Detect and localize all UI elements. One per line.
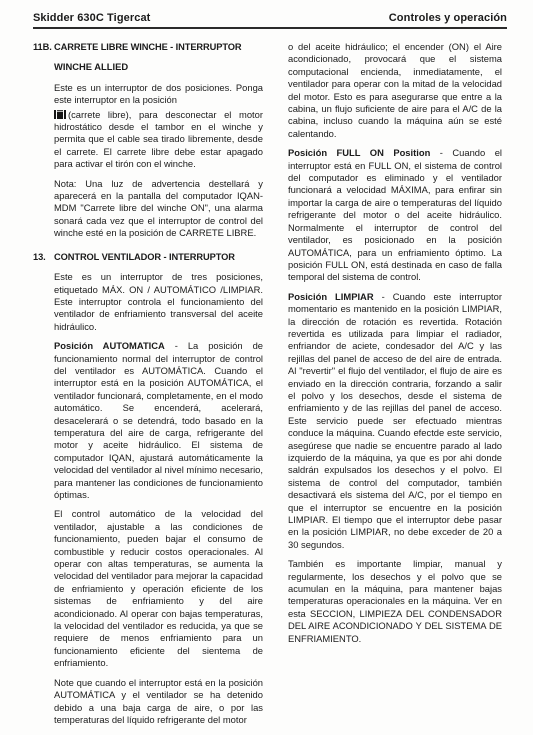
- page-header: Skidder 630C Tigercat Controles y operac…: [33, 12, 507, 29]
- paragraph-full-on-text: - Cuando el interruptor está en FULL ON,…: [288, 147, 502, 282]
- paragraph-fan-switch: Este es un interruptor de tres posicione…: [54, 271, 263, 333]
- paragraph-ac-continuation: o del aceite hidráulico; el encender (ON…: [288, 41, 502, 140]
- paragraph-posicion-full-on: Posición FULL ON Position - Cuando el in…: [288, 147, 502, 283]
- section-13-body: Este es un interruptor de tres posicione…: [54, 271, 263, 726]
- section-title-text: CARRETE LIBRE WINCHE - INTERRUPTOR: [54, 41, 242, 53]
- run-in-label-full-on: Posición FULL ON Position: [288, 147, 430, 158]
- left-column: 11B. CARRETE LIBRE WINCHE - INTERRUPTOR …: [33, 41, 263, 733]
- paragraph-posicion-limpiar: Posición LIMPIAR - Cuando este interrupt…: [288, 291, 502, 552]
- two-column-body: 11B. CARRETE LIBRE WINCHE - INTERRUPTOR …: [33, 41, 507, 733]
- header-model-title: Skidder 630C Tigercat: [33, 12, 150, 24]
- paragraph-automatica-text: - La posición de funcionamiento normal d…: [54, 340, 263, 500]
- section-11b-body: WINCHE ALLIED Este es un interruptor de …: [54, 61, 263, 239]
- winch-free-spool-icon: [54, 110, 66, 119]
- paragraph-nota: Nota: Una luz de advertencia destellará …: [54, 178, 263, 240]
- section-heading-11b: 11B. CARRETE LIBRE WINCHE - INTERRUPTOR: [33, 41, 263, 53]
- subsection-heading-winche-allied: WINCHE ALLIED: [54, 61, 263, 73]
- paragraph-note-automatica: Note que cuando el interruptor está en l…: [54, 677, 263, 727]
- paragraph-posicion-automatica: Posición AUTOMATICA - La posición de fun…: [54, 340, 263, 501]
- paragraph-limpiar-text: - Cuando este interruptor momentario es …: [288, 291, 502, 550]
- paragraph-spool: (carrete libre), para desconectar el mot…: [54, 109, 263, 171]
- manual-page: Skidder 630C Tigercat Controles y operac…: [0, 0, 533, 735]
- run-in-label-limpiar: Posición LIMPIAR: [288, 291, 374, 302]
- section-number: 13.: [33, 251, 54, 263]
- paragraph-intro: Este es un interruptor de dos posiciones…: [54, 82, 263, 107]
- section-heading-13: 13. CONTROL VENTILADOR - INTERRUPTOR: [33, 251, 263, 263]
- header-chapter-title: Controles y operación: [389, 12, 507, 24]
- paragraph-spool-text: (carrete libre), para desconectar el mot…: [54, 109, 263, 170]
- run-in-label-automatica: Posición AUTOMATICA: [54, 340, 165, 351]
- section-number: 11B.: [33, 41, 54, 53]
- paragraph-cleaning-reminder: También es importante limpiar, manual y …: [288, 558, 502, 645]
- paragraph-fan-speed-control: El control automático de la velocidad de…: [54, 508, 263, 669]
- section-title-text: CONTROL VENTILADOR - INTERRUPTOR: [54, 251, 235, 263]
- right-column: o del aceite hidráulico; el encender (ON…: [278, 41, 502, 733]
